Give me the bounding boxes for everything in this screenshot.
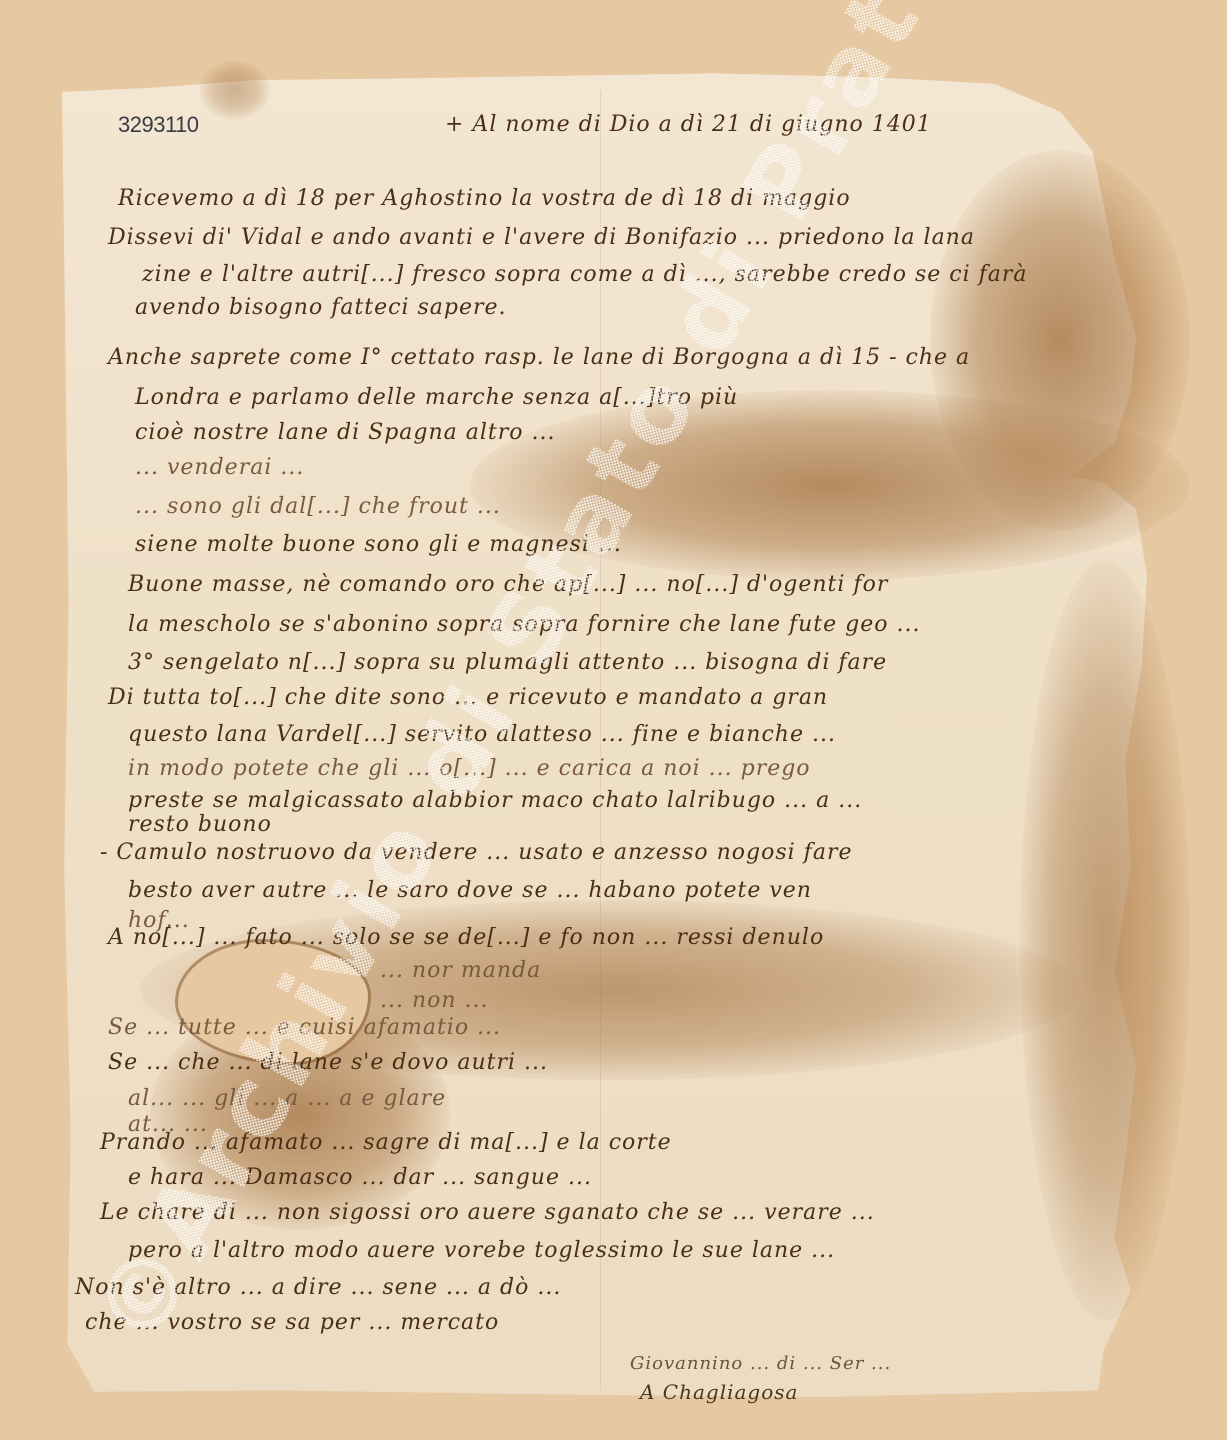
body-line: resto buono: [128, 812, 272, 837]
body-line: ... non ...: [380, 988, 489, 1013]
body-line: la mescholo se s'abonino sopra sopra for…: [128, 612, 920, 637]
body-line: Se ... tutte ... e cuisi afamatio ...: [108, 1015, 501, 1040]
body-line: che ... vostro se sa per ... mercato: [85, 1310, 499, 1335]
body-line: e hara ... Damasco ... dar ... sangue ..…: [128, 1165, 592, 1190]
body-line: besto aver autre ... le saro dove se ...…: [128, 878, 812, 903]
letter-header-date: + Al nome di Dio a dì 21 di giugno 1401: [445, 112, 932, 137]
body-line: siene molte buone sono gli e magnesi ...: [135, 532, 622, 557]
body-line: A no[...] ... fato ... solo se se de[...…: [108, 925, 824, 950]
body-line: ... nor manda: [380, 958, 541, 983]
body-line: avendo bisogno fatteci sapere.: [135, 295, 507, 320]
archive-reference-number: 3293110: [118, 112, 199, 138]
body-line: pero a l'altro modo auere vorebe togless…: [128, 1238, 835, 1263]
body-line: in modo potete che gli ... o[...] ... e …: [128, 756, 811, 781]
body-line: Se ... che ... di lane s'e dovo autri ..…: [108, 1050, 548, 1075]
body-line: questo lana Vardel[...] servito alatteso…: [128, 722, 836, 747]
body-line: zine e l'altre autri[...] fresco sopra c…: [142, 262, 1028, 287]
body-line: preste se malgicassato alabbior maco cha…: [128, 788, 862, 813]
letter-address: A Chagliagosa: [640, 1380, 798, 1404]
body-line: Non s'è altro ... a dire ... sene ... a …: [75, 1275, 561, 1300]
body-line: - Camulo nostruovo da vendere ... usato …: [100, 840, 852, 865]
body-line: cioè nostre lane di Spagna altro ...: [135, 420, 556, 445]
letter-signature: Giovannino ... di ... Ser ...: [630, 1353, 891, 1374]
body-line: Londra e parlamo delle marche senza a[..…: [135, 385, 738, 410]
body-line: Anche saprete come I° cettato rasp. le l…: [108, 345, 970, 370]
body-line: Buone masse, nè comando oro che ap[...] …: [128, 572, 888, 597]
body-line: Prando ... afamato ... sagre di ma[...] …: [100, 1130, 672, 1155]
body-line: 3° sengelato n[...] sopra su plumagli at…: [128, 650, 887, 675]
body-line: Ricevemo a dì 18 per Aghostino la vostra…: [118, 186, 851, 211]
body-line: Di tutta to[...] che dite sono ... e ric…: [108, 685, 828, 710]
body-line: al... ... gli ... a ... a e glare: [128, 1086, 446, 1111]
body-line: ... venderai ...: [135, 455, 304, 480]
body-line: ... sono gli dal[...] che frout ...: [135, 494, 501, 519]
body-line: Dissevi di' Vidal e ando avanti e l'aver…: [108, 225, 975, 250]
body-line: Le chare di ... non sigossi oro auere sg…: [100, 1200, 875, 1225]
